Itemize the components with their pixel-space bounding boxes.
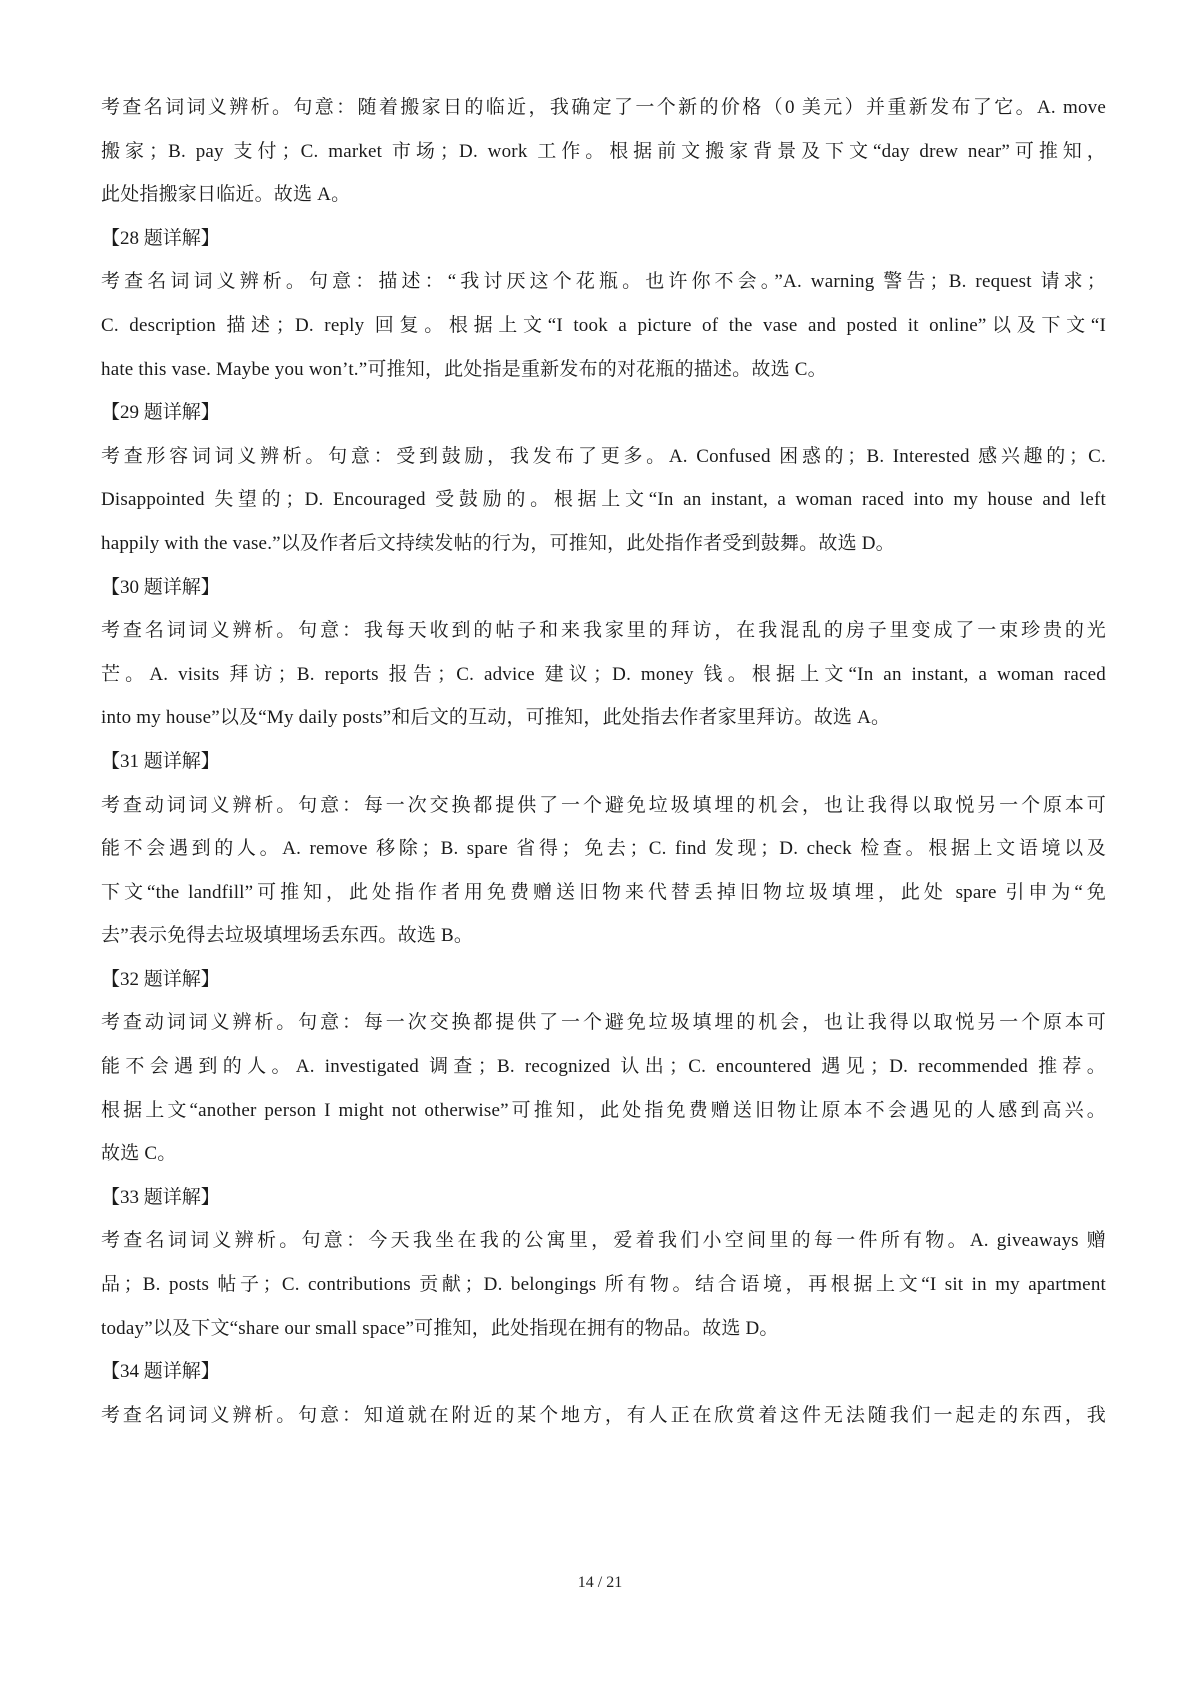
paragraph-line: 搬家；B. pay 支付；C. market 市场；D. work 工作。根据前…: [101, 130, 1106, 174]
page-number: 14 / 21: [0, 1574, 1200, 1592]
paragraph-line: hate this vase. Maybe you won’t.”可推知，此处指…: [101, 348, 1106, 392]
paragraph-line: 考查名词词义辨析。句意：描述：“我讨厌这个花瓶。也许你不会。”A. warnin…: [101, 260, 1106, 304]
paragraph-line: 考查动词词义辨析。句意：每一次交换都提供了一个避免垃圾填埋的机会，也让我得以取悦…: [101, 1001, 1106, 1045]
paragraph-line: into my house”以及“My daily posts”和后文的互动，可…: [101, 696, 1106, 740]
section-q30: 【30 题详解】 考查名词词义辨析。句意：我每天收到的帖子和来我家里的拜访，在我…: [101, 566, 1106, 740]
paragraph-line: 此处指搬家日临近。故选 A。: [101, 173, 1106, 217]
section-heading: 【32 题详解】: [101, 958, 1106, 1002]
section-q34: 【34 题详解】 考查名词词义辨析。句意：知道就在附近的某个地方，有人正在欣赏着…: [101, 1350, 1106, 1437]
paragraph-line: 考查动词词义辨析。句意：每一次交换都提供了一个避免垃圾填埋的机会，也让我得以取悦…: [101, 784, 1106, 828]
paragraph-line: 考查名词词义辨析。句意：今天我坐在我的公寓里，爱着我们小空间里的每一件所有物。A…: [101, 1219, 1106, 1263]
section-q31: 【31 题详解】 考查动词词义辨析。句意：每一次交换都提供了一个避免垃圾填埋的机…: [101, 740, 1106, 958]
section-q27-continuation: 考查名词词义辨析。句意：随着搬家日的临近，我确定了一个新的价格（0 美元）并重新…: [101, 86, 1106, 217]
document-page: 考查名词词义辨析。句意：随着搬家日的临近，我确定了一个新的价格（0 美元）并重新…: [0, 0, 1200, 1697]
paragraph-line: 故选 C。: [101, 1132, 1106, 1176]
section-q29: 【29 题详解】 考查形容词词义辨析。句意：受到鼓励，我发布了更多。A. Con…: [101, 391, 1106, 565]
paragraph-line: 考查名词词义辨析。句意：我每天收到的帖子和来我家里的拜访，在我混乱的房子里变成了…: [101, 609, 1106, 653]
section-q32: 【32 题详解】 考查动词词义辨析。句意：每一次交换都提供了一个避免垃圾填埋的机…: [101, 958, 1106, 1176]
paragraph-line: 考查形容词词义辨析。句意：受到鼓励，我发布了更多。A. Confused 困惑的…: [101, 435, 1106, 479]
paragraph-line: today”以及下文“share our small space”可推知，此处指…: [101, 1307, 1106, 1351]
section-q28: 【28 题详解】 考查名词词义辨析。句意：描述：“我讨厌这个花瓶。也许你不会。”…: [101, 217, 1106, 391]
section-heading: 【28 题详解】: [101, 217, 1106, 261]
section-heading: 【31 题详解】: [101, 740, 1106, 784]
paragraph-line: 能不会遇到的人。A. remove 移除；B. spare 省得；免去；C. f…: [101, 827, 1106, 871]
paragraph-line: 芒。A. visits 拜访；B. reports 报告；C. advice 建…: [101, 653, 1106, 697]
section-heading: 【34 题详解】: [101, 1350, 1106, 1394]
section-heading: 【29 题详解】: [101, 391, 1106, 435]
section-heading: 【33 题详解】: [101, 1176, 1106, 1220]
paragraph-line: 考查名词词义辨析。句意：知道就在附近的某个地方，有人正在欣赏着这件无法随我们一起…: [101, 1394, 1106, 1438]
paragraph-line: 能不会遇到的人。A. investigated 调查；B. recognized…: [101, 1045, 1106, 1089]
paragraph-line: 考查名词词义辨析。句意：随着搬家日的临近，我确定了一个新的价格（0 美元）并重新…: [101, 86, 1106, 130]
paragraph-line: 根据上文“another person I might not otherwis…: [101, 1089, 1106, 1133]
page-content: 考查名词词义辨析。句意：随着搬家日的临近，我确定了一个新的价格（0 美元）并重新…: [101, 86, 1106, 1437]
paragraph-line: happily with the vase.”以及作者后文持续发帖的行为，可推知…: [101, 522, 1106, 566]
paragraph-line: 去”表示免得去垃圾填埋场丢东西。故选 B。: [101, 914, 1106, 958]
section-q33: 【33 题详解】 考查名词词义辨析。句意：今天我坐在我的公寓里，爱着我们小空间里…: [101, 1176, 1106, 1350]
section-heading: 【30 题详解】: [101, 566, 1106, 610]
paragraph-line: C. description 描述；D. reply 回复。根据上文“I too…: [101, 304, 1106, 348]
paragraph-line: 下文“the landfill”可推知，此处指作者用免费赠送旧物来代替丢掉旧物垃…: [101, 871, 1106, 915]
paragraph-line: Disappointed 失望的；D. Encouraged 受鼓励的。根据上文…: [101, 478, 1106, 522]
paragraph-line: 品；B. posts 帖子；C. contributions 贡献；D. bel…: [101, 1263, 1106, 1307]
